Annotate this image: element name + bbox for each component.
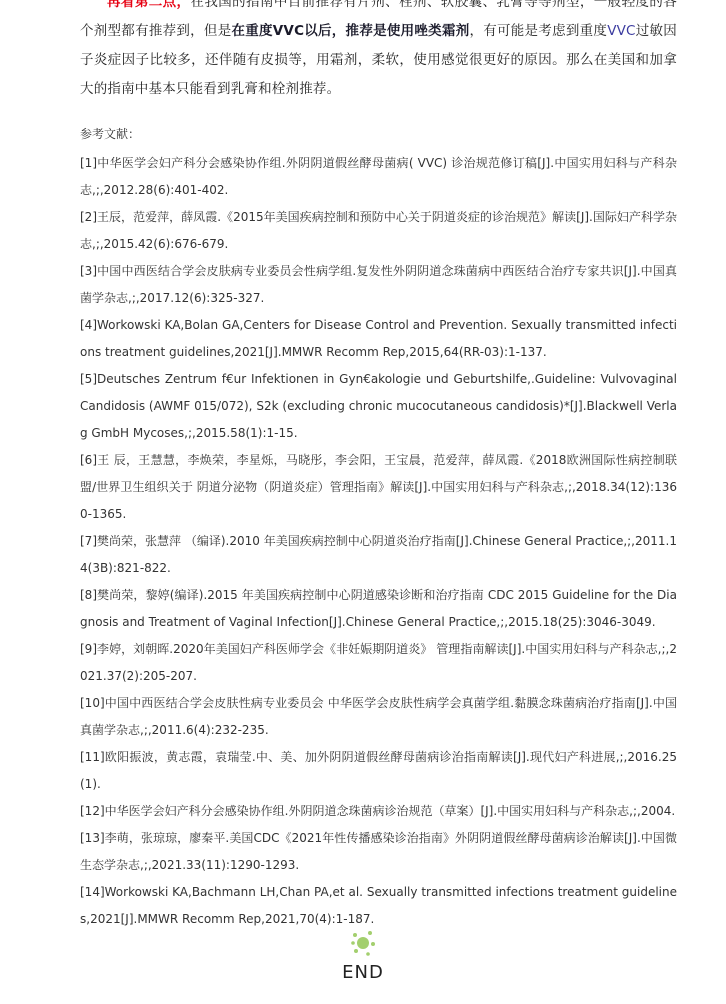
- reference-item: [8]樊尚荣，黎婷(编译).2015 年美国疾病控制中心阴道感染诊断和治疗指南 …: [80, 582, 677, 636]
- reference-item: [3]中国中西医结合学会皮肤病专业委员会性病学组.复发性外阴阴道念珠菌病中西医结…: [80, 258, 677, 312]
- intro-paragraph: 再看第二点，在我国的指南中目前推荐有片剂、栓剂、软胶囊、乳膏等等剂型，一般轻度的…: [80, 0, 677, 104]
- green-dots-icon: [348, 928, 378, 958]
- section-lead: 再看第二点，: [107, 0, 190, 10]
- reference-item: [7]樊尚荣，张慧萍 （编译).2010 年美国疾病控制中心阴道炎治疗指南[J]…: [80, 528, 677, 582]
- reference-item: [6]王 辰，王慧慧，李焕荣，李星烁，马晓彤，李会阳，王宝晨，范爱萍，薛凤霞.《…: [80, 447, 677, 528]
- intro-text-2: ，有可能是考虑到重度: [469, 23, 607, 39]
- reference-item: [14]Workowski KA,Bachmann LH,Chan PA,et …: [80, 879, 677, 933]
- reference-item: [1]中华医学会妇产科分会感染协作组.外阴阴道假丝酵母菌病( VVC) 诊治规范…: [80, 150, 677, 204]
- intro-term-vvc: VVC: [607, 23, 636, 39]
- end-label: END: [0, 962, 726, 983]
- reference-item: [11]欧阳振波，黄志霞，袁瑞莹.中、美、加外阴阴道假丝酵母菌病诊治指南解读[J…: [80, 744, 677, 798]
- reference-item: [2]王辰，范爱萍，薛凤霞.《2015年美国疾病控制和预防中心关于阴道炎症的诊治…: [80, 204, 677, 258]
- references-title: 参考文献：: [80, 125, 140, 142]
- reference-item: [5]Deutsches Zentrum f€ur Infektionen in…: [80, 366, 677, 447]
- reference-item: [12]中华医学会妇产科分会感染协作组.外阴阴道念珠菌病诊治规范（草案）[J].…: [80, 798, 677, 825]
- reference-item: [13]李萌，张琼琼，廖秦平.美国CDC《2021年性传播感染诊治指南》外阴阴道…: [80, 825, 677, 879]
- end-marker: END: [0, 928, 726, 983]
- reference-item: [10]中国中西医结合学会皮肤性病专业委员会 中华医学会皮肤性病学会真菌学组.黏…: [80, 690, 677, 744]
- article-body: 再看第二点，在我国的指南中目前推荐有片剂、栓剂、软胶囊、乳膏等等剂型，一般轻度的…: [80, 0, 677, 104]
- intro-emphasis: 在重度VVC以后，推荐是使用唑类霜剂: [231, 23, 469, 39]
- references-list: [1]中华医学会妇产科分会感染协作组.外阴阴道假丝酵母菌病( VVC) 诊治规范…: [80, 150, 677, 933]
- reference-item: [4]Workowski KA,Bolan GA,Centers for Dis…: [80, 312, 677, 366]
- reference-item: [9]李婷，刘朝晖.2020年美国妇产科医师学会《非妊娠期阴道炎》 管理指南解读…: [80, 636, 677, 690]
